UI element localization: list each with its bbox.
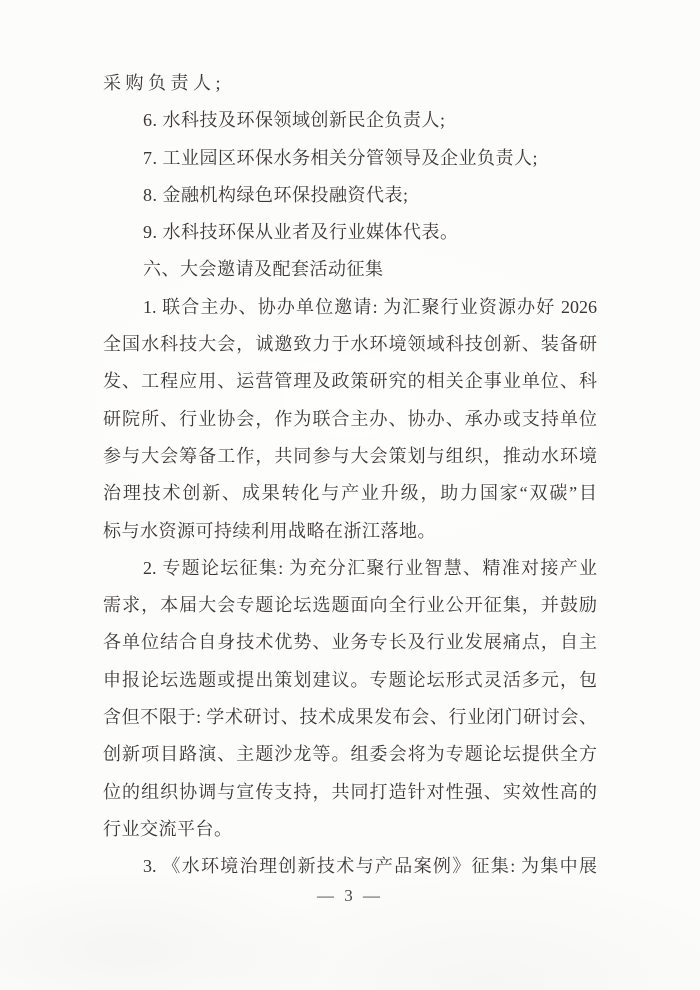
text-line: 各单位结合自身技术优势、业务专长及行业发展痛点，自主	[103, 624, 597, 661]
text-line: 申报论坛选题或提出策划建议。专题论坛形式灵活多元，包	[103, 662, 597, 699]
document-page: 采购负责人;6. 水科技及环保领域创新民企负责人;7. 工业园区环保水务相关分管…	[0, 0, 700, 990]
text-line: 需求，本届大会专题论坛选题面向全行业公开征集，并鼓励	[103, 587, 597, 624]
text-line: 3. 《水环境治理创新技术与产品案例》征集: 为集中展	[103, 848, 597, 885]
text-line: 标与水资源可持续利用战略在浙江落地。	[103, 513, 597, 550]
text-line: 创新项目路演、主题沙龙等。组委会将为专题论坛提供全方	[103, 736, 597, 773]
text-line: 6. 水科技及环保领域创新民企负责人;	[103, 102, 597, 139]
text-line: 发、工程应用、运营管理及政策研究的相关企事业单位、科	[103, 363, 597, 400]
text-line: 参与大会筹备工作，共同参与大会策划与组织，推动水环境	[103, 438, 597, 475]
text-line: 全国水科技大会，诚邀致力于水环境领域科技创新、装备研	[103, 326, 597, 363]
page-number: — 3 —	[0, 886, 700, 906]
text-line: 9. 水科技环保从业者及行业媒体代表。	[103, 214, 597, 251]
text-line: 7. 工业园区环保水务相关分管领导及企业负责人;	[103, 140, 597, 177]
text-line: 采购负责人;	[103, 65, 597, 102]
text-line: 研院所、行业协会，作为联合主办、协办、承办或支持单位	[103, 401, 597, 438]
text-line: 1. 联合主办、协办单位邀请: 为汇聚行业资源办好 2026	[103, 289, 597, 326]
text-line: 治理技术创新、成果转化与产业升级，助力国家“双碳”目	[103, 475, 597, 512]
text-line: 行业交流平台。	[103, 811, 597, 848]
section-heading: 六、大会邀请及配套活动征集	[103, 251, 597, 288]
text-line: 含但不限于: 学术研讨、技术成果发布会、行业闭门研讨会、	[103, 699, 597, 736]
text-line: 8. 金融机构绿色环保投融资代表;	[103, 177, 597, 214]
text-line: 2. 专题论坛征集: 为充分汇聚行业智慧、精准对接产业	[103, 550, 597, 587]
text-line: 位的组织协调与宣传支持，共同打造针对性强、实效性高的	[103, 774, 597, 811]
body-text: 采购负责人;6. 水科技及环保领域创新民企负责人;7. 工业园区环保水务相关分管…	[103, 65, 597, 886]
